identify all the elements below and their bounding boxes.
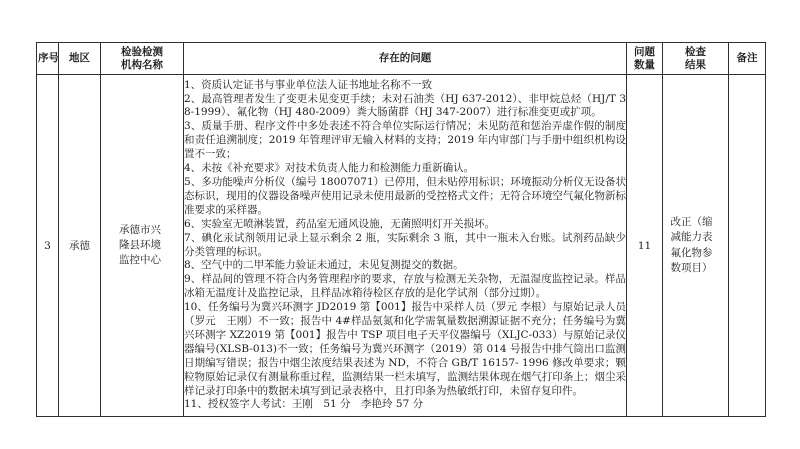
serial-value: 3 [44,240,51,252]
header-agency: 检验检测机构名称 [101,43,184,75]
cell-inspection-result: 改正（缩减能力表氟化物参数项目） [663,75,729,417]
cell-problems: 1、资质认定证书与事业单位法人证书地址名称不一致 2、最高管理者发生了变更未见变… [184,75,627,417]
document-page: 序号 地区 检验检测机构名称 存在的问题 问题数量 检查结果 备注 3 承德 承… [0,0,800,449]
header-remark: 备注 [729,43,766,75]
inspection-result-value: 改正（缩减能力表氟化物参数项目） [671,215,721,277]
inspection-results-table: 序号 地区 检验检测机构名称 存在的问题 问题数量 检查结果 备注 3 承德 承… [36,42,766,417]
cell-problem-count: 11 [627,75,663,417]
problem-item: 2、最高管理者发生了变更未见变更手续；未对石油类（HJ 637-2012）、非甲… [184,93,626,121]
problem-item: 8、空气中的二甲苯能力验证未通过，未见复测提交的数据。 [184,259,626,273]
header-remark-label: 备注 [729,52,765,65]
problem-item: 10、任务编号为冀兴环测字 JD2019 第【001】报告中采样人员（罗元 李根… [184,301,626,398]
header-problems-label: 存在的问题 [184,52,626,65]
problem-item: 9、样品间的管理不符合内务管理程序的要求，存放与检测无关杂物，无温湿度监控记录。… [184,273,626,301]
problem-item: 11、授权签字人考试：王刚 51 分 李艳玲 57 分 [184,398,626,412]
cell-region: 承德 [59,75,101,417]
cell-remark [729,75,766,417]
agency-name: 承德市兴隆县环境监控中心 [119,223,165,268]
table-header-row: 序号 地区 检验检测机构名称 存在的问题 问题数量 检查结果 备注 [37,43,766,75]
problem-item: 5、多功能噪声分析仪（编号 18007071）已停用，但未贴停用标识；环境振动分… [184,176,626,218]
problem-item: 7、碘化汞试剂领用记录上显示剩余 2 瓶，实际剩余 3 瓶，其中一瓶未入台账。试… [184,232,626,260]
header-region: 地区 [59,43,101,75]
header-result: 检查结果 [663,43,729,75]
header-result-label: 检查结果 [684,46,707,72]
header-serial-label: 序号 [37,52,59,65]
table-row: 3 承德 承德市兴隆县环境监控中心 1、资质认定证书与事业单位法人证书地址名称不… [37,75,766,417]
header-region-label: 地区 [59,52,100,65]
problem-item: 3、质量手册、程序文件中多处表述不符合单位实际运行情况；未见防范和惩治弄虚作假的… [184,120,626,162]
header-problems: 存在的问题 [184,43,627,75]
problem-item: 4、未按《补充要求》对技术负责人能力和检测能力重新确认。 [184,162,626,176]
cell-agency: 承德市兴隆县环境监控中心 [101,75,184,417]
cell-serial: 3 [37,75,59,417]
header-serial: 序号 [37,43,59,75]
problem-count-value: 11 [638,240,651,252]
problem-item: 1、资质认定证书与事业单位法人证书地址名称不一致 [184,79,626,93]
problem-item: 6、实验室无喷淋装置，药品室无通风设施，无菌照明灯开关损坏。 [184,218,626,232]
header-agency-label: 检验检测机构名称 [120,46,165,72]
header-count: 问题数量 [627,43,663,75]
region-value: 承德 [69,240,90,252]
header-count-label: 问题数量 [633,46,656,72]
